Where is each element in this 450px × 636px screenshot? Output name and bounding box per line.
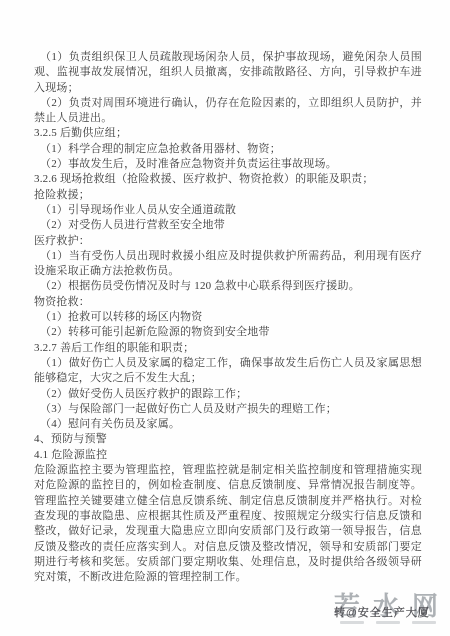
doc-paragraph: （2）根据伤员受伤情况及时与 120 急救中心联系得到医疗援助。	[34, 279, 422, 294]
doc-paragraph: 4、预防与预警	[34, 432, 422, 447]
doc-paragraph: 3.2.5 后勤供应组；	[34, 126, 422, 141]
doc-paragraph: 4.1 危险源监控	[34, 448, 422, 463]
doc-paragraph: （2）负责对周围环境进行确认，仍存在危险因素的，立即组织人员防护，并禁止人员进出…	[34, 96, 422, 127]
doc-paragraph: （1）抢救可以转移的场区内物资	[34, 310, 422, 325]
doc-paragraph: 危险源监控主要为管理监控，管理监控就是制定相关监控制度和管理措施实现对危险源的监…	[34, 463, 422, 585]
document-page: （1）负责组织保卫人员疏散现场闲杂人员，保护事故现场，避免闲杂人员围观、监视事故…	[0, 0, 450, 636]
doc-paragraph: （3）与保险部门一起做好伤亡人员及财产损失的理赔工作；	[34, 402, 422, 417]
watermark-url-smudge	[340, 621, 436, 624]
doc-paragraph: 3.2.6 现场抢救组（抢险救援、医疗救护、物资抢救）的职能及职责；	[34, 172, 422, 187]
doc-paragraph: （1）科学合理的制定应急抢救备用器材、物资；	[34, 142, 422, 157]
doc-paragraph: （1）当有受伤人员出现时救援小组应及时提供救护所需药品，利用现有医疗设施采取正确…	[34, 249, 422, 280]
smudge-segment	[412, 621, 436, 624]
doc-paragraph: 抢险救援；	[34, 188, 422, 203]
document-body: （1）负责组织保卫人员疏散现场闲杂人员，保护事故现场，避免闲杂人员围观、监视事故…	[34, 50, 422, 585]
doc-paragraph: 医疗救护：	[34, 234, 422, 249]
doc-paragraph: （2）对受伤人员进行营救至安全地带	[34, 218, 422, 233]
smudge-segment	[340, 621, 364, 624]
doc-paragraph: （1）引导现场作业人员从安全通道疏散	[34, 203, 422, 218]
doc-paragraph: （2）转移可能引起新危险源的物资到安全地带	[34, 325, 422, 340]
doc-paragraph: （2）事故发生后，及时准备应急物资并负责运往事故现场。	[34, 157, 422, 172]
doc-paragraph: 3.2.7 善后工作组的职能和职责；	[34, 341, 422, 356]
doc-paragraph: （1）负责组织保卫人员疏散现场闲杂人员，保护事故现场，避免闲杂人员围观、监视事故…	[34, 50, 422, 96]
smudge-segment	[376, 621, 400, 624]
doc-paragraph: （1）做好伤亡人员及家属的稳定工作，确保事故发生后伤亡人员及家属思想能够稳定，大…	[34, 356, 422, 387]
doc-paragraph: 物资抢救：	[34, 295, 422, 310]
watermark: 若水网 转@安全生产大厦	[334, 586, 450, 632]
watermark-handle: 转@安全生产大厦	[334, 604, 430, 620]
doc-paragraph: （2）做好受伤人员医疗救护的跟踪工作；	[34, 387, 422, 402]
doc-paragraph: （4）慰问有关伤员及家属。	[34, 417, 422, 432]
